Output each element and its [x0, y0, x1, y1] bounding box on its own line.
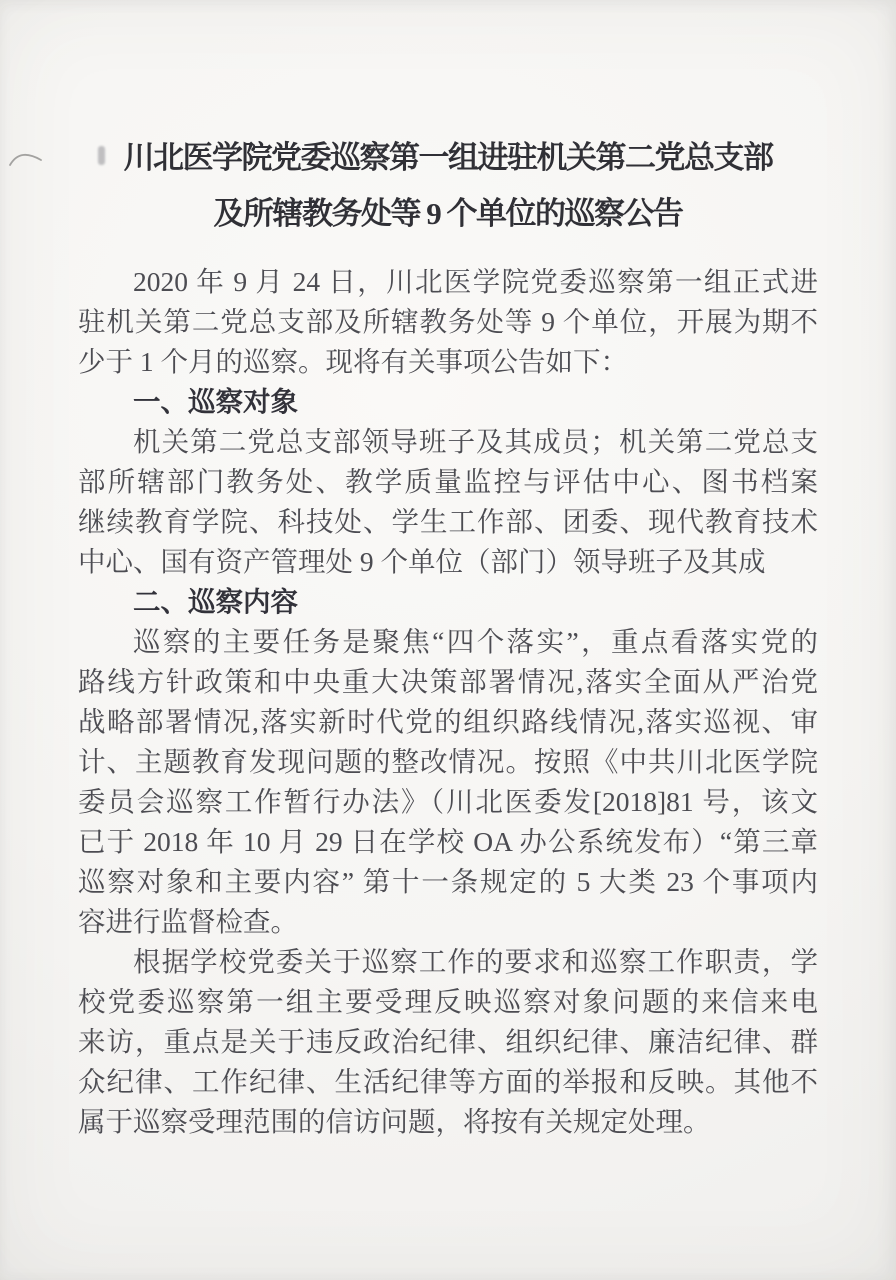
text-line: 容进行监督检查。: [78, 902, 818, 942]
paragraph: 根据学校党委关于巡察工作的要求和巡察工作职责，学 校党委巡察第一组主要受理反映巡…: [78, 942, 818, 1142]
text-line: 计、主题教育发现问题的整改情况。按照《中共川北医学院: [78, 742, 818, 782]
document-body: 2020 年 9 月 24 日，川北医学院党委巡察第一组正式进 驻机关第二党总支…: [78, 262, 818, 1142]
text-line: 巡察对象和主要内容” 第十一条规定的 5 大类 23 个事项内: [78, 862, 818, 902]
section-heading-inspection-content: 二、巡察内容: [78, 582, 818, 622]
text-line: 中心、国有资产管理处 9 个单位（部门）领导班子及其成员。: [78, 542, 818, 582]
text-line: 战略部署情况,落实新时代党的组织路线情况,落实巡视、审: [78, 702, 818, 742]
document-title-line: 及所辖教务处等 9 个单位的巡察公告: [0, 186, 896, 242]
paragraph: 机关第二党总支部领导班子及其成员；机关第二党总支 部所辖部门教务处、教学质量监控…: [78, 422, 818, 582]
text-line: 少于 1 个月的巡察。现将有关事项公告如下：: [78, 342, 818, 382]
text-line: 机关第二党总支部领导班子及其成员；机关第二党总支: [78, 422, 818, 462]
paragraph: 巡察的主要任务是聚焦“四个落实”，重点看落实党的 路线方针政策和中央重大决策部署…: [78, 622, 818, 942]
section-heading-inspection-targets: 一、巡察对象: [78, 382, 818, 422]
text-line: 路线方针政策和中央重大决策部署情况,落实全面从严治党: [78, 662, 818, 702]
text-line: 来访，重点是关于违反政治纪律、组织纪律、廉洁纪律、群: [78, 1022, 818, 1062]
text-line: 已于 2018 年 10 月 29 日在学校 OA 办公系统发布）“第三章: [78, 822, 818, 862]
scanned-document-page: 川北医学院党委巡察第一组进驻机关第二党总支部 及所辖教务处等 9 个单位的巡察公…: [0, 0, 896, 1280]
text-line: 巡察的主要任务是聚焦“四个落实”，重点看落实党的: [78, 622, 818, 662]
text-line: 部所辖部门教务处、教学质量监控与评估中心、图书档案馆、: [78, 462, 818, 502]
document-title: 川北医学院党委巡察第一组进驻机关第二党总支部 及所辖教务处等 9 个单位的巡察公…: [0, 130, 896, 242]
document-title-line: 川北医学院党委巡察第一组进驻机关第二党总支部: [0, 130, 896, 186]
text-line: 众纪律、工作纪律、生活纪律等方面的举报和反映。其他不: [78, 1062, 818, 1102]
text-line: 校党委巡察第一组主要受理反映巡察对象问题的来信来电: [78, 982, 818, 1022]
text-line: 驻机关第二党总支部及所辖教务处等 9 个单位，开展为期不: [78, 302, 818, 342]
text-line: 继续教育学院、科技处、学生工作部、团委、现代教育技术: [78, 502, 818, 542]
text-line: 属于巡察受理范围的信访问题，将按有关规定处理。: [78, 1102, 818, 1142]
paragraph: 2020 年 9 月 24 日，川北医学院党委巡察第一组正式进 驻机关第二党总支…: [78, 262, 818, 382]
text-line: 根据学校党委关于巡察工作的要求和巡察工作职责，学: [78, 942, 818, 982]
text-line: 2020 年 9 月 24 日，川北医学院党委巡察第一组正式进: [78, 262, 818, 302]
text-line: 委员会巡察工作暂行办法》（川北医委发[2018]81 号，该文: [78, 782, 818, 822]
